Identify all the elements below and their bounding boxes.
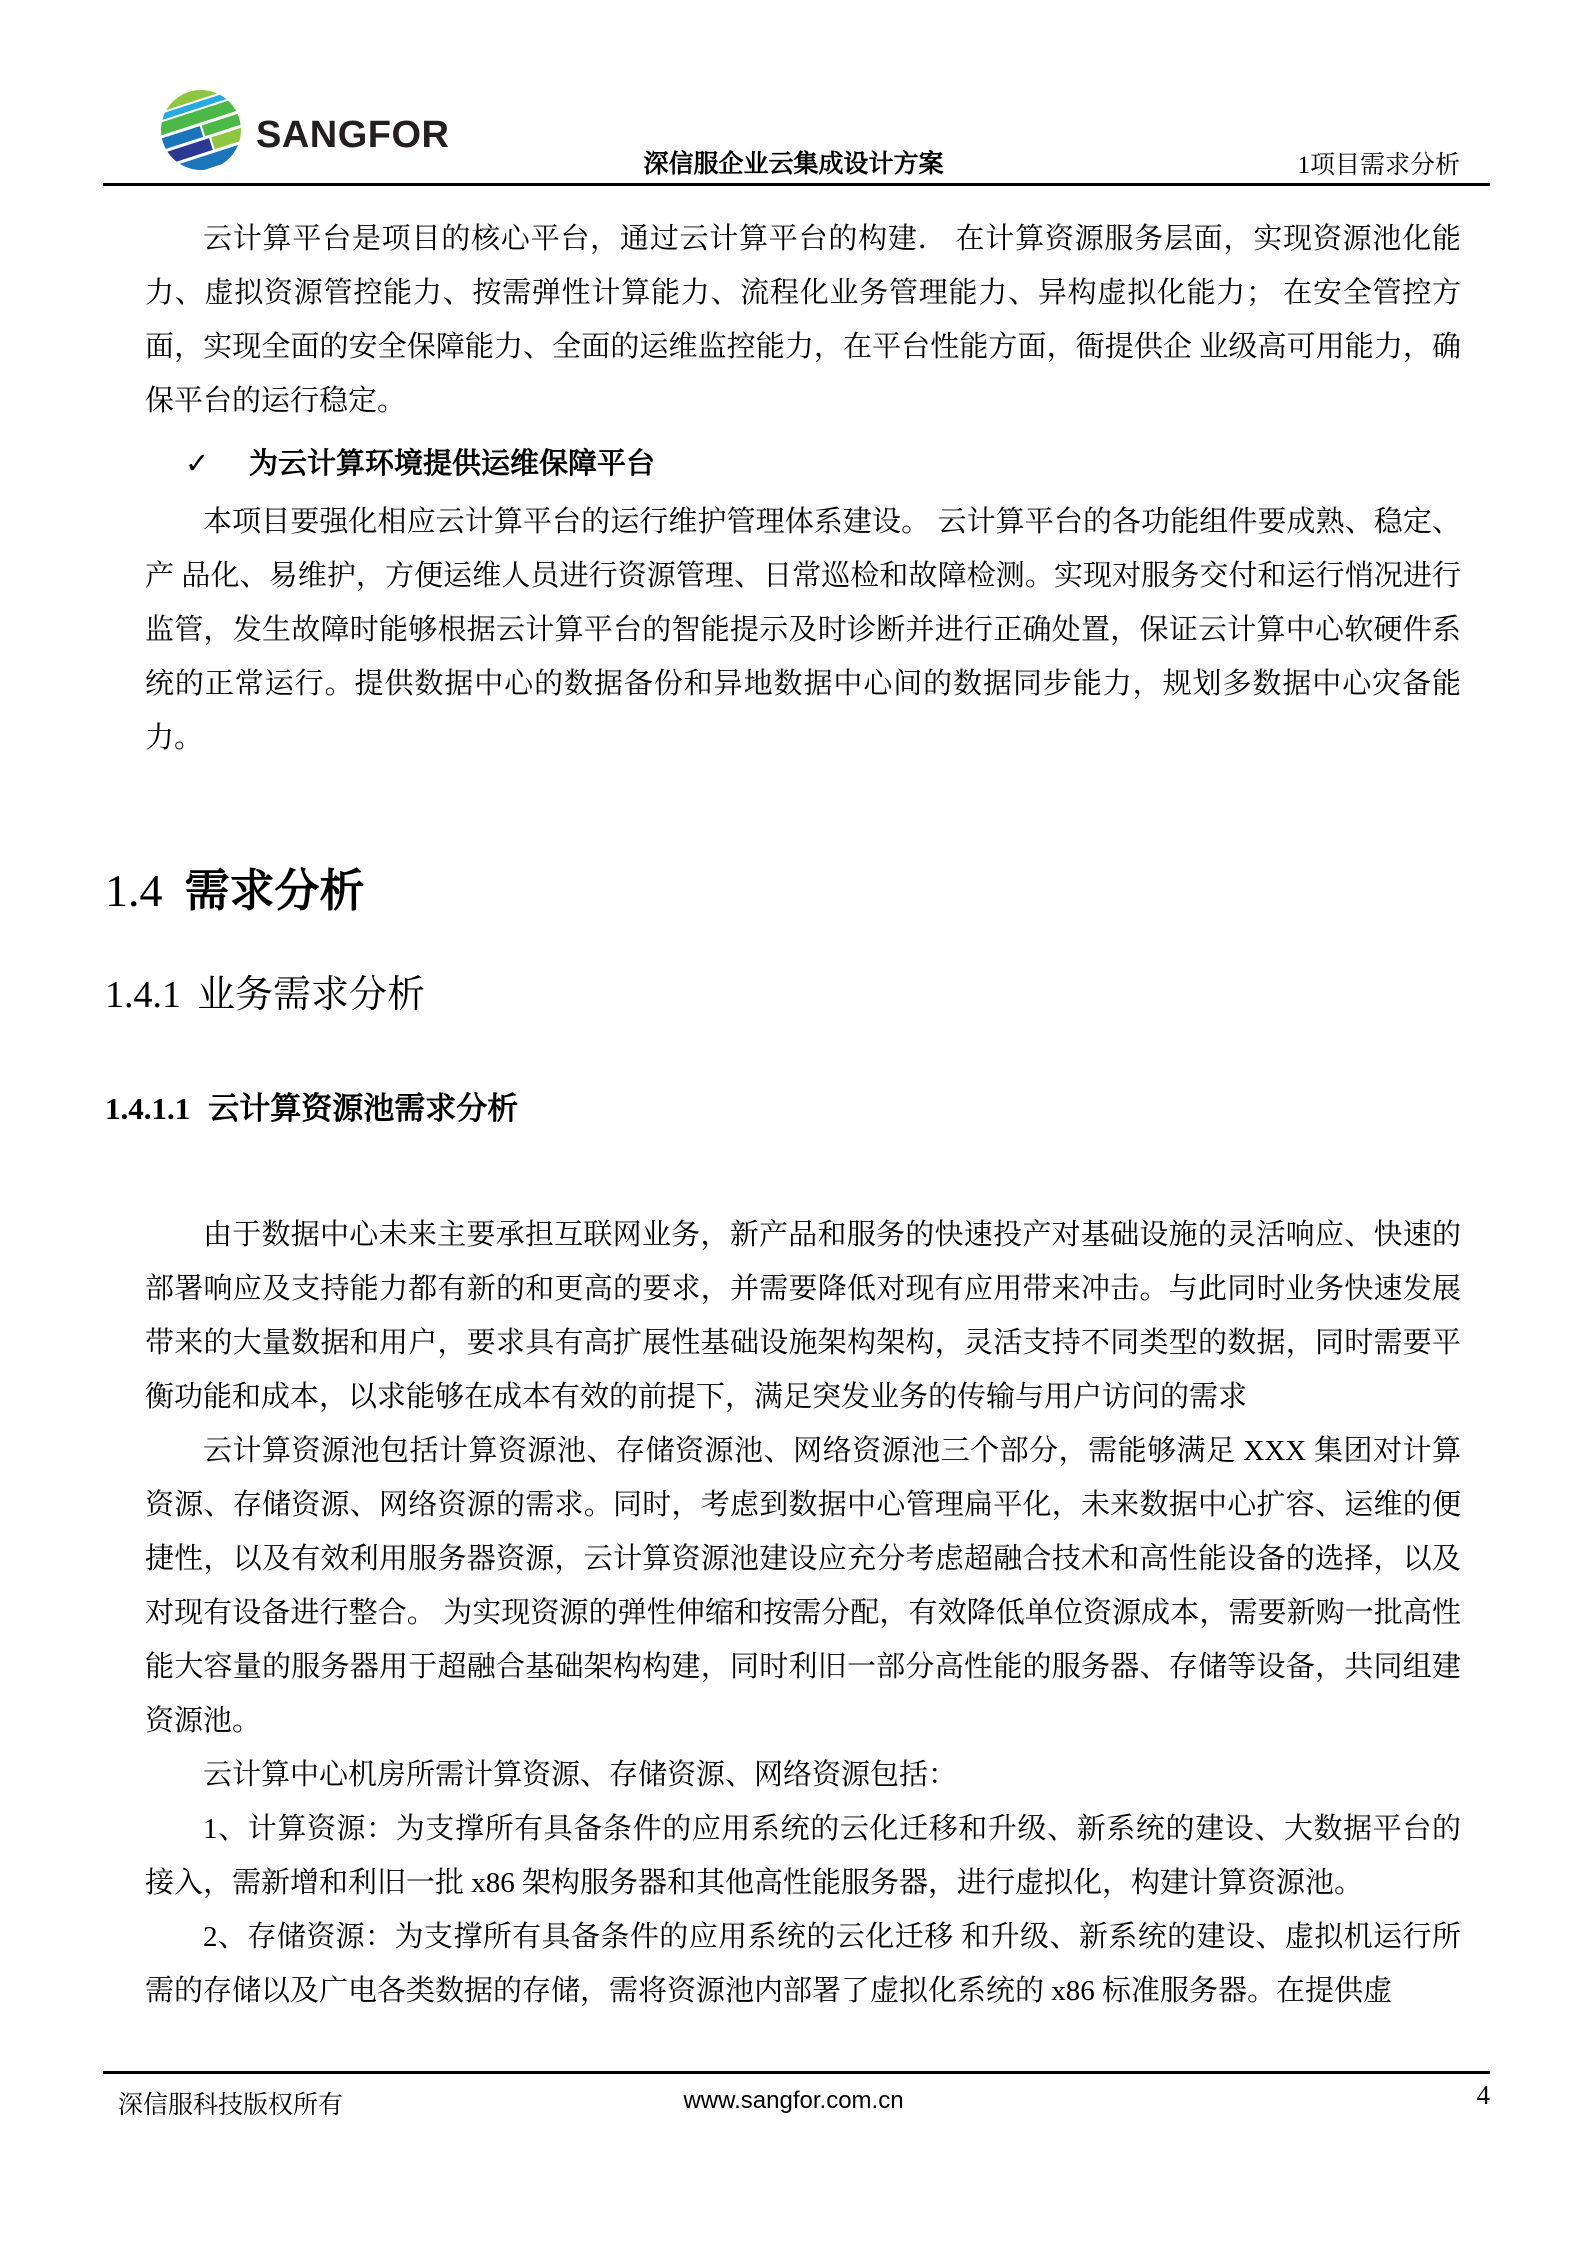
heading-1-4-title: 需求分析 [185, 865, 365, 916]
footer-website: www.sangfor.com.cn [683, 2087, 903, 2115]
footer-page-number: 4 [1477, 2080, 1491, 2111]
document-page: SANGFOR 深信服企业云集成设计方案 1项目需求分析 云计算平台是项目的核心… [0, 0, 1587, 2245]
footer-rule [103, 2071, 1490, 2074]
heading-1-4-number: 1.4 [105, 865, 163, 916]
checkmark-icon: ✓ [185, 436, 249, 490]
footer-copyright: 深信服科技版权所有 [118, 2085, 343, 2121]
heading-1-4-1-1-title: 云计算资源池需求分析 [208, 1091, 518, 1126]
paragraph-resource-pool: 云计算资源池包括计算资源池、存储资源池、网络资源池三个部分，需能够满足 XXX … [145, 1424, 1461, 1748]
header-chapter-label: 1项目需求分析 [1297, 145, 1460, 181]
heading-1-4-1-1: 1.4.1.1云计算资源池需求分析 [105, 1085, 1461, 1138]
paragraph-resources-include: 云计算中心机房所需计算资源、存储资源、网络资源包括： [145, 1748, 1461, 1802]
document-body: 云计算平台是项目的核心平台，通过云计算平台的构建． 在计算资源服务层面，实现资源… [145, 212, 1461, 2018]
check-bullet-heading: ✓为云计算环境提供运维保障平台 [145, 436, 1461, 491]
check-bullet-label: 为云计算环境提供运维保障平台 [249, 448, 655, 480]
paragraph-cloud-platform-core: 云计算平台是项目的核心平台，通过云计算平台的构建． 在计算资源服务层面，实现资源… [145, 212, 1461, 428]
heading-1-4-1-number: 1.4.1 [105, 974, 181, 1016]
paragraph-ops-maintenance: 本项目要强化相应云计算平台的运行维护管理体系建设。 云计算平台的各功能组件要成熟… [145, 495, 1461, 765]
heading-1-4-1: 1.4.1业务需求分析 [105, 967, 1461, 1023]
list-item-compute-resource: 1、计算资源：为支撑所有具备条件的应用系统的云化迁移和升级、新系统的建设、大数据… [145, 1802, 1461, 1910]
paragraph-datacenter-future: 由于数据中心未来主要承担互联网业务，新产品和服务的快速投产对基础设施的灵活响应、… [145, 1208, 1461, 1424]
heading-1-4-1-1-number: 1.4.1.1 [105, 1091, 190, 1126]
heading-1-4: 1.4需求分析 [105, 859, 1461, 927]
header-rule [103, 183, 1490, 186]
list-item-storage-resource: 2、存储资源：为支撑所有具备条件的应用系统的云化迁移 和升级、新系统的建设、虚拟… [145, 1910, 1461, 2018]
heading-1-4-1-title: 业务需求分析 [197, 974, 425, 1016]
